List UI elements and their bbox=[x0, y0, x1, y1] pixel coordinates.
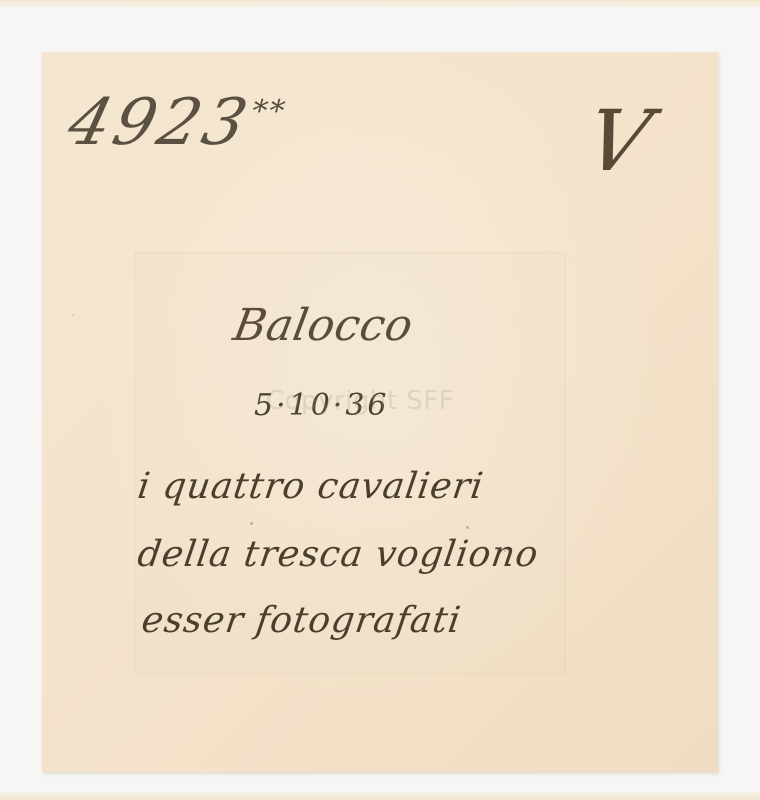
corner-mark: V bbox=[578, 92, 660, 190]
ink-speck bbox=[504, 550, 506, 552]
caption-line: esser fotografati bbox=[139, 600, 464, 641]
caption-line: della tresca vogliono bbox=[135, 534, 541, 575]
scan-bottom-edge bbox=[0, 792, 760, 800]
archival-card: 4923** V Balocco 5·10·36 Copyright SFF i… bbox=[42, 52, 718, 772]
inventory-number: 4923** bbox=[61, 86, 292, 160]
ink-speck bbox=[250, 522, 253, 525]
ink-speck bbox=[466, 526, 469, 529]
inventory-number-value: 4923 bbox=[61, 86, 258, 160]
paper-speck bbox=[72, 314, 74, 316]
photographer-name: Balocco bbox=[230, 300, 417, 351]
inventory-stars: ** bbox=[247, 94, 290, 129]
date: 5·10·36 bbox=[254, 388, 390, 423]
scan-top-edge bbox=[0, 0, 760, 7]
caption-line: i quattro cavalieri bbox=[135, 466, 486, 507]
